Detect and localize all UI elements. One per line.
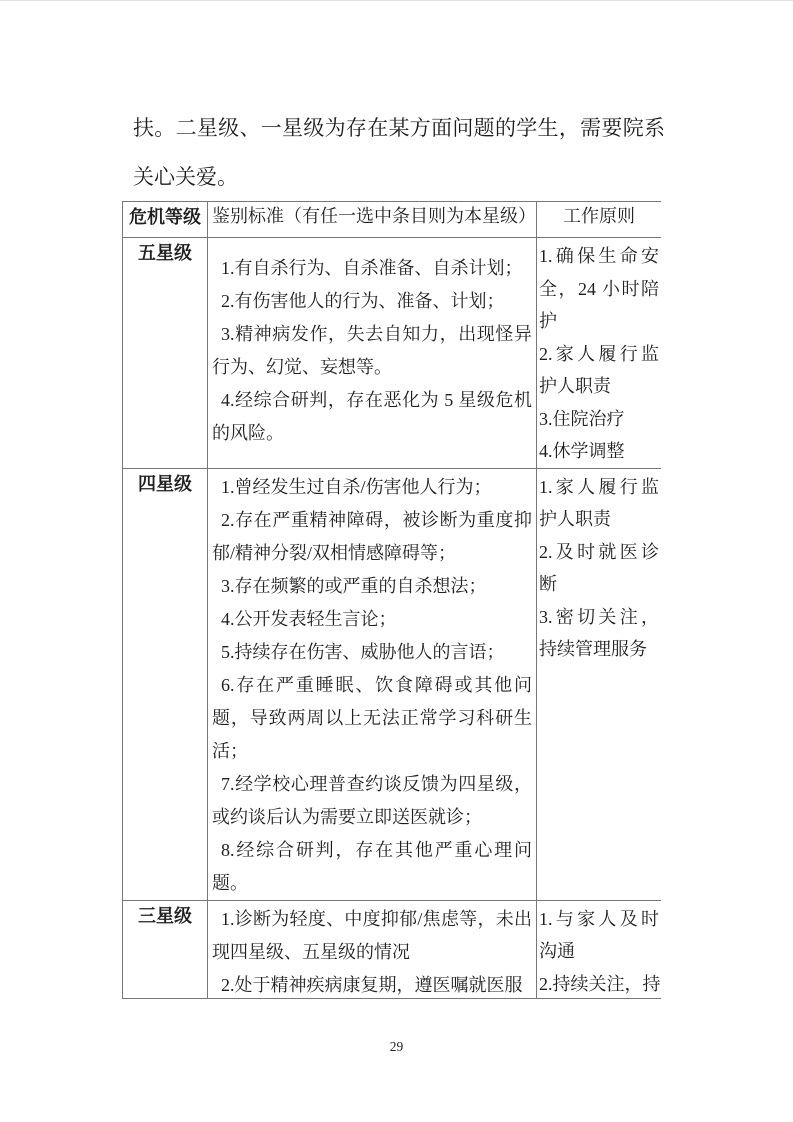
table-row-four-star: 四星级 1.曾经发生过自杀/伤害他人行为； 2.存在严重精神障碍，被诊断为重度抑… — [123, 468, 662, 900]
principle-item: 3.密切关注，持续管理服务 — [539, 601, 659, 666]
criteria-cell-five-star: 1.有自杀行为、自杀准备、自杀计划； 2.有伤害他人的行为、准备、计划； 3.精… — [208, 238, 537, 469]
principle-item: 2.及时就医诊断 — [539, 536, 659, 601]
table-header-row: 危机等级 鉴别标准（有任一选中条目则为本星级） 工作原则 — [123, 202, 662, 238]
criteria-item: 5.持续存在伤害、威胁他人的言语； — [212, 636, 532, 669]
criteria-item: 1.诊断为轻度、中度抑郁/焦虑等，未出现四星级、五星级的情况 — [212, 903, 532, 969]
level-cell-four-star: 四星级 — [123, 468, 208, 900]
principle-item: 3.住院治疗 — [539, 403, 659, 436]
page-number: 29 — [0, 1039, 793, 1055]
level-cell-five-star: 五星级 — [123, 238, 208, 469]
intro-paragraph: 扶。二星级、一星级为存在某方面问题的学生，需要院系关心关爱。 — [133, 104, 665, 202]
principle-item: 1.家人履行监护人职责 — [539, 471, 659, 536]
document-page: 扶。二星级、一星级为存在某方面问题的学生，需要院系关心关爱。 危机等级 鉴别标准… — [0, 0, 793, 1122]
principle-item: 2.持续关注，持 — [539, 968, 659, 1000]
crisis-table: 危机等级 鉴别标准（有任一选中条目则为本星级） 工作原则 五星级 1.有自杀行为… — [122, 201, 661, 999]
criteria-item: 8.经综合研判，存在其他严重心理问题。 — [212, 834, 532, 900]
criteria-item: 1.曾经发生过自杀/伤害他人行为； — [212, 471, 532, 504]
principles-cell-four-star: 1.家人履行监护人职责 2.及时就医诊断 3.密切关注，持续管理服务 — [537, 468, 662, 900]
criteria-item: 3.精神病发作，失去自知力，出现怪异行为、幻觉、妄想等。 — [212, 318, 532, 384]
criteria-item: 4.公开发表轻生言论； — [212, 603, 532, 636]
header-principles: 工作原则 — [537, 202, 662, 238]
crisis-level-table: 危机等级 鉴别标准（有任一选中条目则为本星级） 工作原则 五星级 1.有自杀行为… — [122, 201, 661, 999]
principles-cell-five-star: 1.确保生命安全，24 小时陪护 2.家人履行监护人职责 3.住院治疗 4.休学… — [537, 238, 662, 469]
criteria-item: 6.存在严重睡眠、饮食障碍或其他问题，导致两周以上无法正常学习科研生活； — [212, 669, 532, 768]
criteria-item: 2.处于精神疾病康复期，遵医嘱就医服 — [212, 969, 532, 1000]
principle-item: 2.家人履行监护人职责 — [539, 338, 659, 403]
header-crisis-level: 危机等级 — [123, 202, 208, 238]
criteria-item: 2.存在严重精神障碍，被诊断为重度抑郁/精神分裂/双相情感障碍等； — [212, 504, 532, 570]
criteria-item: 2.有伤害他人的行为、准备、计划； — [212, 285, 532, 318]
table-row-three-star: 三星级 1.诊断为轻度、中度抑郁/焦虑等，未出现四星级、五星级的情况 2.处于精… — [123, 900, 662, 999]
criteria-item: 1.有自杀行为、自杀准备、自杀计划； — [212, 252, 532, 285]
principle-item: 1.确保生命安全，24 小时陪护 — [539, 240, 659, 338]
level-cell-three-star: 三星级 — [123, 900, 208, 999]
criteria-cell-four-star: 1.曾经发生过自杀/伤害他人行为； 2.存在严重精神障碍，被诊断为重度抑郁/精神… — [208, 468, 537, 900]
criteria-item: 3.存在频繁的或严重的自杀想法； — [212, 570, 532, 603]
criteria-item: 7.经学校心理普查约谈反馈为四星级，或约谈后认为需要立即送医就诊； — [212, 768, 532, 834]
principle-item: 1.与家人及时沟通 — [539, 903, 659, 968]
criteria-cell-three-star: 1.诊断为轻度、中度抑郁/焦虑等，未出现四星级、五星级的情况 2.处于精神疾病康… — [208, 900, 537, 999]
table-row-five-star: 五星级 1.有自杀行为、自杀准备、自杀计划； 2.有伤害他人的行为、准备、计划；… — [123, 238, 662, 469]
principles-cell-three-star: 1.与家人及时沟通 2.持续关注，持 — [537, 900, 662, 999]
header-criteria: 鉴别标准（有任一选中条目则为本星级） — [208, 202, 537, 238]
principle-item: 4.休学调整 — [539, 435, 659, 468]
criteria-item: 4.经综合研判，存在恶化为 5 星级危机的风险。 — [212, 384, 532, 450]
